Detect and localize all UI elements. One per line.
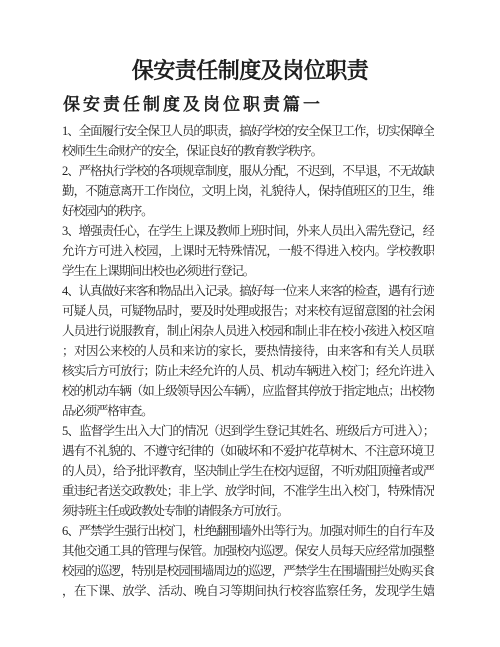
text-line: 校园的巡逻，特别是校园围墙周边的巡逻，严禁学生在围墙围拦处购买食品: [62, 561, 434, 581]
text-line: 须持班主任或政教处专制的请假条方可放行。: [62, 501, 434, 521]
text-line: 遇有不礼貌的、不遵守纪律的（如破坏和不爱护花草树木、不注意环境卫生: [62, 441, 434, 461]
text-line: 3、增强责任心，在学生上课及教师上班时间，外来人员出入需先登记，经: [62, 221, 434, 241]
text-line: 允许方可进入校园，上课时无特殊情况，一般不得进入校内。学校教职工、: [62, 241, 434, 261]
text-line: 1、全面履行安全保卫人员的职责，搞好学校的安全保卫工作，切实保障全: [62, 121, 434, 141]
document-page: 保安责任制度及岗位职责 保安责任制度及岗位职责篇一 1、全面履行安全保卫人员的职…: [0, 0, 500, 647]
paragraph-2: 2、严格执行学校的各项规章制度，服从分配，不迟到，不早退，不无故缺 勤，不随意离…: [62, 161, 434, 221]
text-line: 重违纪者送交政教处；非上学、放学时间，不准学生出入校门，特殊情况必: [62, 481, 434, 501]
text-line: 勤，不随意离开工作岗位，文明上岗，礼貌待人，保持值班区的卫生，维护: [62, 181, 434, 201]
document-title: 保安责任制度及岗位职责: [0, 0, 500, 84]
paragraph-6: 6、严禁学生强行出校门，杜绝翻围墙外出等行为。加强对师生的自行车及 其他交通工具…: [62, 521, 434, 601]
text-line: 校师生生命财产的安全，保证良好的教育教学秩序。: [62, 141, 434, 161]
text-line: 2、严格执行学校的各项规章制度，服从分配，不迟到，不早退，不无故缺: [62, 161, 434, 181]
paragraph-4: 4、认真做好来客和物品出入记录。搞好每一位来人来客的检查，遇有行迹 可疑人员，可…: [62, 281, 434, 421]
text-line: 人员进行说服教育，制止闲杂人员进入校园和制止非在校小孩进入校区喧闹: [62, 321, 434, 341]
text-line: 核实后方可放行；防止未经允许的人员、机动车辆进入校门；经允许进入学: [62, 361, 434, 381]
text-line: 品必须严格审查。: [62, 401, 434, 421]
text-line: 4、认真做好来客和物品出入记录。搞好每一位来人来客的检查，遇有行迹: [62, 281, 434, 301]
paragraph-3: 3、增强责任心，在学生上课及教师上班时间，外来人员出入需先登记，经 允许方可进入…: [62, 221, 434, 281]
text-line: 学生在上课期间出校也必须进行登记。: [62, 261, 434, 281]
text-line: 其他交通工具的管理与保管。加强校内巡逻。保安人员每天应经常加强整个: [62, 541, 434, 561]
text-line: 校的机动车辆（如上级领导因公车辆），应监督其停放于指定地点；出校物: [62, 381, 434, 401]
paragraph-5: 5、监督学生出入大门的情况（迟到学生登记其姓名、班级后方可进入）； 遇有不礼貌的…: [62, 421, 434, 521]
text-line: 可疑人员，可疑物品时，要及时处理或报告；对来校有逗留意图的社会闲杂: [62, 301, 434, 321]
text-line: 6、严禁学生强行出校门，杜绝翻围墙外出等行为。加强对师生的自行车及: [62, 521, 434, 541]
text-line: ；对因公来校的人员和来访的家长，要热情接待，由来客和有关人员联系，: [62, 341, 434, 361]
text-line: 5、监督学生出入大门的情况（迟到学生登记其姓名、班级后方可进入）；: [62, 421, 434, 441]
text-line: 好校园内的秩序。: [62, 201, 434, 221]
text-line: 的人员），给予批评教育，坚决制止学生在校内逗留，不听劝阻顶撞者或严: [62, 461, 434, 481]
paragraph-1: 1、全面履行安全保卫人员的职责，搞好学校的安全保卫工作，切实保障全 校师生生命财…: [62, 121, 434, 161]
document-subtitle: 保安责任制度及岗位职责篇一: [63, 96, 500, 114]
document-body: 1、全面履行安全保卫人员的职责，搞好学校的安全保卫工作，切实保障全 校师生生命财…: [62, 121, 434, 601]
text-line: ，在下课、放学、活动、晚自习等期间执行校容监察任务，发现学生嬉闹、: [62, 581, 434, 601]
